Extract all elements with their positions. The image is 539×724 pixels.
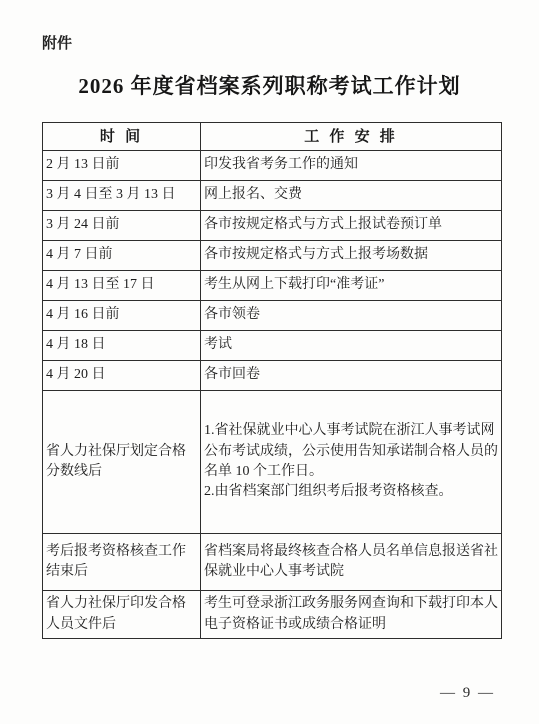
table-row: 省人力社保厅印发合格人员文件后 考生可登录浙江政务服务网查询和下载打印本人电子资… <box>43 591 502 639</box>
task-cell: 印发我省考务工作的通知 <box>201 151 502 181</box>
attachment-label: 附件 <box>42 32 72 53</box>
task-cell: 1.省社保就业中心人事考试院在浙江人事考试网公布考试成绩，公示使用告知承诺制合格… <box>201 391 502 534</box>
task-cell: 省档案局将最终核查合格人员名单信息报送省社保就业中心人事考试院 <box>201 534 502 591</box>
task-cell: 考生从网上下载打印“准考证” <box>201 271 502 301</box>
time-cell: 3 月 24 日前 <box>43 211 201 241</box>
time-cell: 省人力社保厅划定合格分数线后 <box>43 391 201 534</box>
time-cell: 2 月 13 日前 <box>43 151 201 181</box>
table-row: 考后报考资格核查工作结束后 省档案局将最终核查合格人员名单信息报送省社保就业中心… <box>43 534 502 591</box>
task-cell: 网上报名、交费 <box>201 181 502 211</box>
table-row: 4 月 18 日 考试 <box>43 331 502 361</box>
time-cell: 4 月 20 日 <box>43 361 201 391</box>
document-title: 2026 年度省档案系列职称考试工作计划 <box>0 70 539 100</box>
task-cell: 各市回卷 <box>201 361 502 391</box>
exam-plan-table: 时 间 工 作 安 排 2 月 13 日前 印发我省考务工作的通知 3 月 4 … <box>42 122 502 639</box>
time-cell: 4 月 18 日 <box>43 331 201 361</box>
table-row: 省人力社保厅划定合格分数线后 1.省社保就业中心人事考试院在浙江人事考试网公布考… <box>43 391 502 534</box>
time-cell: 4 月 16 日前 <box>43 301 201 331</box>
task-cell: 各市按规定格式与方式上报考场数据 <box>201 241 502 271</box>
table-row: 2 月 13 日前 印发我省考务工作的通知 <box>43 151 502 181</box>
time-cell: 4 月 13 日至 17 日 <box>43 271 201 301</box>
time-cell: 4 月 7 日前 <box>43 241 201 271</box>
table-row: 4 月 16 日前 各市领卷 <box>43 301 502 331</box>
task-cell: 考生可登录浙江政务服务网查询和下载打印本人电子资格证书或成绩合格证明 <box>201 591 502 639</box>
time-cell: 考后报考资格核查工作结束后 <box>43 534 201 591</box>
table-row: 4 月 20 日 各市回卷 <box>43 361 502 391</box>
table-row: 4 月 13 日至 17 日 考生从网上下载打印“准考证” <box>43 271 502 301</box>
table-row: 3 月 24 日前 各市按规定格式与方式上报试卷预订单 <box>43 211 502 241</box>
task-cell: 各市领卷 <box>201 301 502 331</box>
task-cell: 考试 <box>201 331 502 361</box>
header-time: 时 间 <box>43 123 201 151</box>
header-work-arrangement: 工 作 安 排 <box>201 123 502 151</box>
table-header-row: 时 间 工 作 安 排 <box>43 123 502 151</box>
table-row: 4 月 7 日前 各市按规定格式与方式上报考场数据 <box>43 241 502 271</box>
table-row: 3 月 4 日至 3 月 13 日 网上报名、交费 <box>43 181 502 211</box>
page-number: — 9 — <box>440 685 495 702</box>
time-cell: 3 月 4 日至 3 月 13 日 <box>43 181 201 211</box>
task-cell: 各市按规定格式与方式上报试卷预订单 <box>201 211 502 241</box>
time-cell: 省人力社保厅印发合格人员文件后 <box>43 591 201 639</box>
